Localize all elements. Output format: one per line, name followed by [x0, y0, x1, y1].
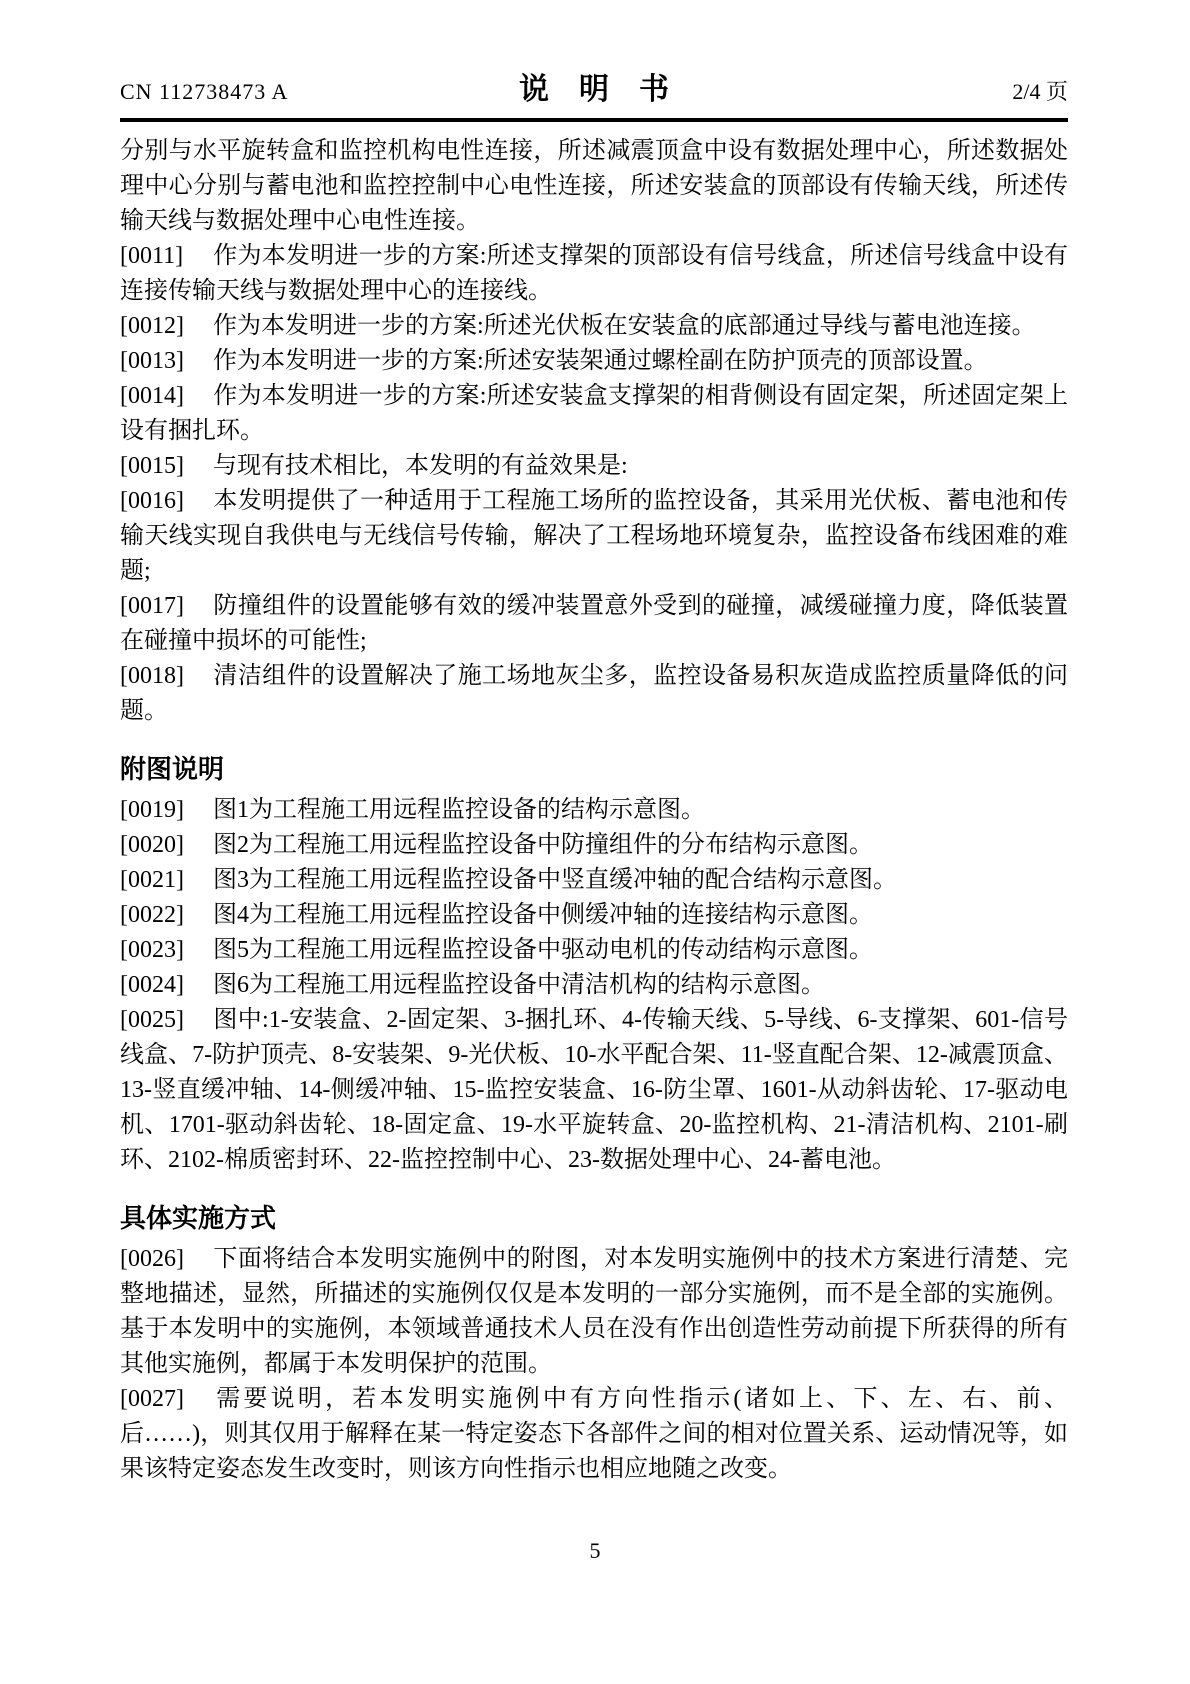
numbered-paragraph: [0026]下面将结合本发明实施例中的附图，对本发明实施例中的技术方案进行清楚、… — [120, 1242, 1068, 1382]
paragraph-text: 本发明提供了一种适用于工程施工场所的监控设备，其采用光伏板、蓄电池和传输天线实现… — [120, 488, 1068, 584]
patent-page: CN 112738473 A 说 明 书 2/4 页 分别与水平旋转盒和监控机构… — [0, 0, 1190, 1684]
numbered-paragraph: [0014]作为本发明进一步的方案:所述安装盒支撑架的相背侧设有固定架，所述固定… — [120, 379, 1068, 449]
numbered-paragraph: [0027]需要说明，若本发明实施例中有方向性指示(诸如上、下、左、右、前、后…… — [120, 1382, 1068, 1487]
paragraph-text: 作为本发明进一步的方案:所述光伏板在安装盒的底部通过导线与蓄电池连接。 — [213, 313, 1036, 339]
paragraph-text: 图6为工程施工用远程监控设备中清洁机构的结构示意图。 — [213, 972, 825, 998]
paragraph-number: [0014] — [120, 379, 213, 414]
paragraph-number: [0017] — [120, 589, 213, 624]
numbered-paragraph: [0011]作为本发明进一步的方案:所述支撑架的顶部设有信号线盒，所述信号线盒中… — [120, 239, 1068, 309]
paragraph-number: [0024] — [120, 968, 213, 1003]
paragraph-text: 图2为工程施工用远程监控设备中防撞组件的分布结构示意图。 — [213, 832, 873, 858]
paragraph-text: 图3为工程施工用远程监控设备中竖直缓冲轴的配合结构示意图。 — [213, 867, 897, 893]
paragraph-text: 下面将结合本发明实施例中的附图，对本发明实施例中的技术方案进行清楚、完整地描述，… — [120, 1246, 1068, 1377]
numbered-paragraph: [0022]图4为工程施工用远程监控设备中侧缓冲轴的连接结构示意图。 — [120, 898, 1068, 933]
paragraph-text: 图5为工程施工用远程监控设备中驱动电机的传动结构示意图。 — [213, 937, 873, 963]
page-title: 说 明 书 — [519, 64, 669, 108]
paragraph-number: [0027] — [120, 1382, 213, 1417]
paragraph-text: 分别与水平旋转盒和监控机构电性连接，所述减震顶盒中设有数据处理中心，所述数据处理… — [120, 138, 1068, 234]
paragraph-text: 清洁组件的设置解决了施工场地灰尘多，监控设备易积灰造成监控质量降低的问题。 — [120, 663, 1068, 724]
document-body: 分别与水平旋转盒和监控机构电性连接，所述减震顶盒中设有数据处理中心，所述数据处理… — [120, 134, 1068, 1487]
paragraph-number: [0015] — [120, 449, 213, 484]
paragraph-number: [0026] — [120, 1242, 213, 1277]
numbered-paragraph: [0015]与现有技术相比，本发明的有益效果是: — [120, 449, 1068, 484]
numbered-paragraph: [0016]本发明提供了一种适用于工程施工场所的监控设备，其采用光伏板、蓄电池和… — [120, 484, 1068, 589]
paragraph-text: 与现有技术相比，本发明的有益效果是: — [213, 453, 628, 479]
numbered-paragraph: [0019]图1为工程施工用远程监控设备的结构示意图。 — [120, 793, 1068, 828]
paragraph-text: 作为本发明进一步的方案:所述支撑架的顶部设有信号线盒，所述信号线盒中设有连接传输… — [120, 243, 1068, 304]
paragraph-number: [0025] — [120, 1003, 213, 1038]
page-number: 5 — [590, 1538, 601, 1563]
paragraph-text: 作为本发明进一步的方案:所述安装盒支撑架的相背侧设有固定架，所述固定架上设有捆扎… — [120, 383, 1068, 444]
paragraph-text: 图4为工程施工用远程监控设备中侧缓冲轴的连接结构示意图。 — [213, 902, 873, 928]
numbered-paragraph: [0018]清洁组件的设置解决了施工场地灰尘多，监控设备易积灰造成监控质量降低的… — [120, 659, 1068, 729]
numbered-paragraph: [0013]作为本发明进一步的方案:所述安装架通过螺栓副在防护顶壳的顶部设置。 — [120, 344, 1068, 379]
numbered-paragraph: [0025]图中:1-安装盒、2-固定架、3-捆扎环、4-传输天线、5-导线、6… — [120, 1003, 1068, 1178]
paragraph-text: 防撞组件的设置能够有效的缓冲装置意外受到的碰撞，减缓碰撞力度，降低装置在碰撞中损… — [120, 593, 1068, 654]
continuation-paragraph: 分别与水平旋转盒和监控机构电性连接，所述减震顶盒中设有数据处理中心，所述数据处理… — [120, 134, 1068, 239]
section-heading-embodiment: 具体实施方式 — [120, 1198, 1068, 1238]
paragraph-text: 需要说明，若本发明实施例中有方向性指示(诸如上、下、左、右、前、后……)，则其仅… — [120, 1386, 1068, 1482]
page-footer: 5 — [0, 1538, 1190, 1564]
numbered-paragraph: [0020]图2为工程施工用远程监控设备中防撞组件的分布结构示意图。 — [120, 828, 1068, 863]
paragraph-number: [0020] — [120, 828, 213, 863]
paragraph-number: [0023] — [120, 933, 213, 968]
paragraph-text: 图1为工程施工用远程监控设备的结构示意图。 — [213, 797, 705, 823]
paragraph-number: [0011] — [120, 239, 213, 274]
numbered-paragraph: [0017]防撞组件的设置能够有效的缓冲装置意外受到的碰撞，减缓碰撞力度，降低装… — [120, 589, 1068, 659]
paragraph-number: [0019] — [120, 793, 213, 828]
paragraph-number: [0013] — [120, 344, 213, 379]
paragraph-text: 作为本发明进一步的方案:所述安装架通过螺栓副在防护顶壳的顶部设置。 — [213, 348, 988, 374]
numbered-paragraph: [0012]作为本发明进一步的方案:所述光伏板在安装盒的底部通过导线与蓄电池连接… — [120, 309, 1068, 344]
paragraph-number: [0022] — [120, 898, 213, 933]
numbered-paragraph: [0023]图5为工程施工用远程监控设备中驱动电机的传动结构示意图。 — [120, 933, 1068, 968]
paragraph-number: [0016] — [120, 484, 213, 519]
paragraph-number: [0012] — [120, 309, 213, 344]
numbered-paragraph: [0024]图6为工程施工用远程监控设备中清洁机构的结构示意图。 — [120, 968, 1068, 1003]
numbered-paragraph: [0021]图3为工程施工用远程监控设备中竖直缓冲轴的配合结构示意图。 — [120, 863, 1068, 898]
section-heading-figures: 附图说明 — [120, 749, 1068, 789]
paragraph-number: [0021] — [120, 863, 213, 898]
paragraph-text: 图中:1-安装盒、2-固定架、3-捆扎环、4-传输天线、5-导线、6-支撑架、6… — [120, 1007, 1068, 1173]
page-header: CN 112738473 A 说 明 书 2/4 页 — [120, 64, 1068, 108]
document-number: CN 112738473 A — [120, 79, 519, 105]
paragraph-number: [0018] — [120, 659, 213, 694]
header-rule — [120, 118, 1068, 122]
page-indicator: 2/4 页 — [1012, 75, 1068, 106]
